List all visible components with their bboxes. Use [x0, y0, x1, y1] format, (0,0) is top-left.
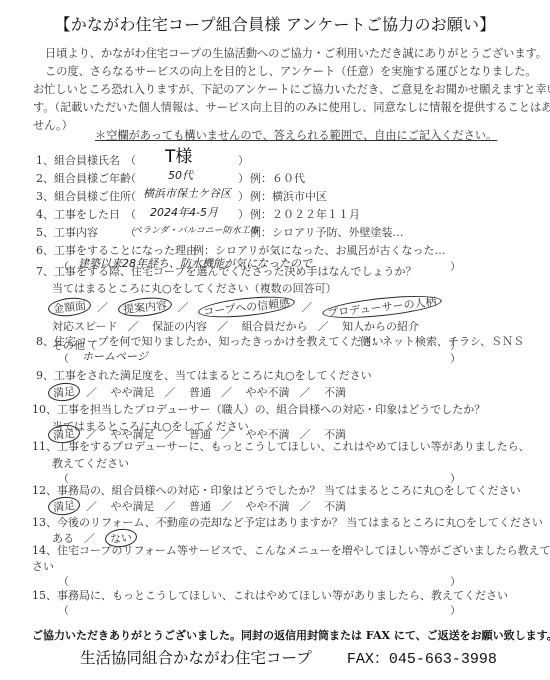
q7-option-kumiaiin[interactable]: 組合員だから	[242, 320, 308, 333]
q4-answer: 2024年4-5月	[150, 204, 218, 220]
paren-close: ）	[450, 350, 461, 366]
q9-option-yaya-manzoku[interactable]: やや満足	[111, 386, 155, 399]
paren-close: ）	[238, 170, 249, 186]
q7-label: 7、工事をする際、住宅コープを選んでくださった決め手はなんでしょうか？	[36, 263, 416, 279]
intro-line-3: お忙しいところ恐れ入りますが、下記のアンケートにご協力いただき、ご意見をお聞かせ…	[33, 81, 550, 97]
q12-option-yaya-fuman[interactable]: やや不満	[246, 500, 290, 513]
q15-answer-close: ）	[450, 602, 461, 618]
q1-label: 1、組合員様氏名	[36, 152, 120, 168]
paren-open: （	[125, 152, 136, 168]
q5-example: 例：シロアリ予防、外壁塗装…	[250, 224, 404, 240]
q12-option-yaya-manzoku[interactable]: やや満足	[111, 500, 155, 513]
q9-options: 満足／ やや満足／ 普通／ やや不満／ 不満	[52, 384, 346, 400]
q3-answer: 横浜市保土ケ谷区	[143, 185, 231, 201]
q7-option-hosho[interactable]: 保証の内容	[152, 320, 207, 333]
intro-line-1: 日頃より、かながわ住宅コープの生協活動へのご協力・ご利用いただき誠にありがとうご…	[45, 45, 547, 61]
q7-option-speed[interactable]: 対応スピード	[52, 320, 118, 333]
paren-close: ）	[238, 188, 249, 204]
q10-label: 10、工事を担当したプロデューサー（職人）の、組合員様への対応・印象はどうでした…	[32, 401, 485, 417]
footer: 生活協同組合かながわ住宅コープ FAX：045-663-3998	[80, 646, 497, 668]
q11-label: 11、工事をするプロデューサーに、もっとこうしてほしい、これはやめてほしい等があ…	[32, 438, 530, 454]
q12-option-futsu[interactable]: 普通	[189, 500, 211, 513]
q12-options: 満足／ やや満足／ 普通／ やや不満／ 不満	[52, 498, 346, 514]
paren-close: ）	[238, 152, 249, 168]
q12-option-fuman[interactable]: 不満	[324, 500, 346, 513]
q11-sub: 教えてください	[52, 455, 129, 471]
q12-label: 12、事務局の、組合員様への対応・印象はどうでしたか？ 当てはまるところに丸○を…	[32, 482, 521, 498]
q15-label: 15、事務局に、もっとこうしてほしい、これはやめてほしい等がありましたら、教えて…	[32, 587, 508, 603]
q7-option-kingaku[interactable]: 金額面	[47, 296, 92, 318]
q7-options-row1: 金額面／ 提案内容／ コープへの信頼感／ プロデューサーの人柄	[52, 299, 437, 315]
q4-label: 4、工事をした日	[36, 206, 120, 222]
q14-label: 14、住宅コープのリフォーム等サービスで、こんなメニューを増やしてほしい等がござ…	[32, 542, 550, 558]
paren-close: ）	[450, 258, 461, 274]
q5-label: 5、工事内容	[36, 224, 98, 240]
paren-open: （	[125, 170, 136, 186]
fax-number: FAX：045-663-3998	[347, 651, 497, 668]
q9-option-futsu[interactable]: 普通	[189, 386, 211, 399]
intro-line-4: す。（記載いただいた個人情報は、サービス向上目的のみに使用し、同意なしに情報を提…	[33, 99, 550, 115]
q5-answer: ベランダ・バルコニー防水工事	[133, 223, 259, 236]
q9-option-yaya-fuman[interactable]: やや不満	[246, 386, 290, 399]
q9-option-fuman[interactable]: 不満	[324, 386, 346, 399]
q8-answer: ホームページ	[82, 348, 148, 364]
q14-label-cont: さい	[32, 558, 54, 574]
q9-option-manzoku[interactable]: 満足	[47, 381, 81, 402]
thank-you-message: ご協力いただきありがとうございました。同封の返信用封筒または FAX にて、ご返…	[32, 627, 550, 643]
intro-line-2: この度、さらなるサービスの向上を目的とし、アンケート（任意）を実施する運びとなり…	[45, 63, 537, 79]
q1-answer: T様	[165, 142, 192, 167]
paren-open: （	[58, 350, 69, 366]
q13-label: 13、今後のリフォーム、不動産の売却など予定はありますか？ 当てはまるところに丸…	[32, 514, 543, 530]
instruction-note: ＊空欄があっても構いませんので、答えられる範囲で、自由にご記入ください。	[95, 127, 497, 143]
q7-option-shokai[interactable]: 知人からの紹介	[342, 320, 419, 333]
q2-example: 例：６０代	[250, 170, 305, 186]
q3-label: 3、組合員様ご住所	[36, 188, 131, 204]
q15-answer-open[interactable]: （	[58, 602, 69, 618]
q7-option-shinrai[interactable]: コープへの信頼感	[197, 293, 296, 321]
q8-label: 8、住宅コープを何で知りましたか、知ったきっかけを教えてください	[36, 333, 383, 349]
document-title: 【かながわ住宅コープ組合員様 アンケートご協力のお願い】	[0, 12, 550, 35]
q7-sub: 当てはまるところに丸○をしてください（複数の回答可）	[52, 280, 337, 296]
organization-name: 生活協同組合かながわ住宅コープ	[80, 649, 312, 667]
q2-answer: 50代	[168, 167, 193, 183]
q9-label: 9、工事をされた満足度を、当てはまるところに丸○をしてください	[36, 367, 372, 383]
q3-example: 例：横浜市中区	[250, 188, 327, 204]
paren-open: （	[125, 206, 136, 222]
q2-label: 2、組合員様ご年齢	[36, 170, 131, 186]
paren-open: （	[125, 188, 136, 204]
q7-option-teian[interactable]: 提案内容	[117, 295, 173, 319]
paren-close: ）	[238, 206, 249, 222]
intro-line-5: せん。）	[33, 117, 73, 133]
q7-options-row2: 対応スピード／ 保証の内容／ 組合員だから／ 知人からの紹介	[52, 318, 419, 334]
q4-example: 例：２０２２年１１月	[250, 206, 360, 222]
q8-example: 例：ネット検索、チラシ、ＳＮＳ	[360, 333, 524, 349]
